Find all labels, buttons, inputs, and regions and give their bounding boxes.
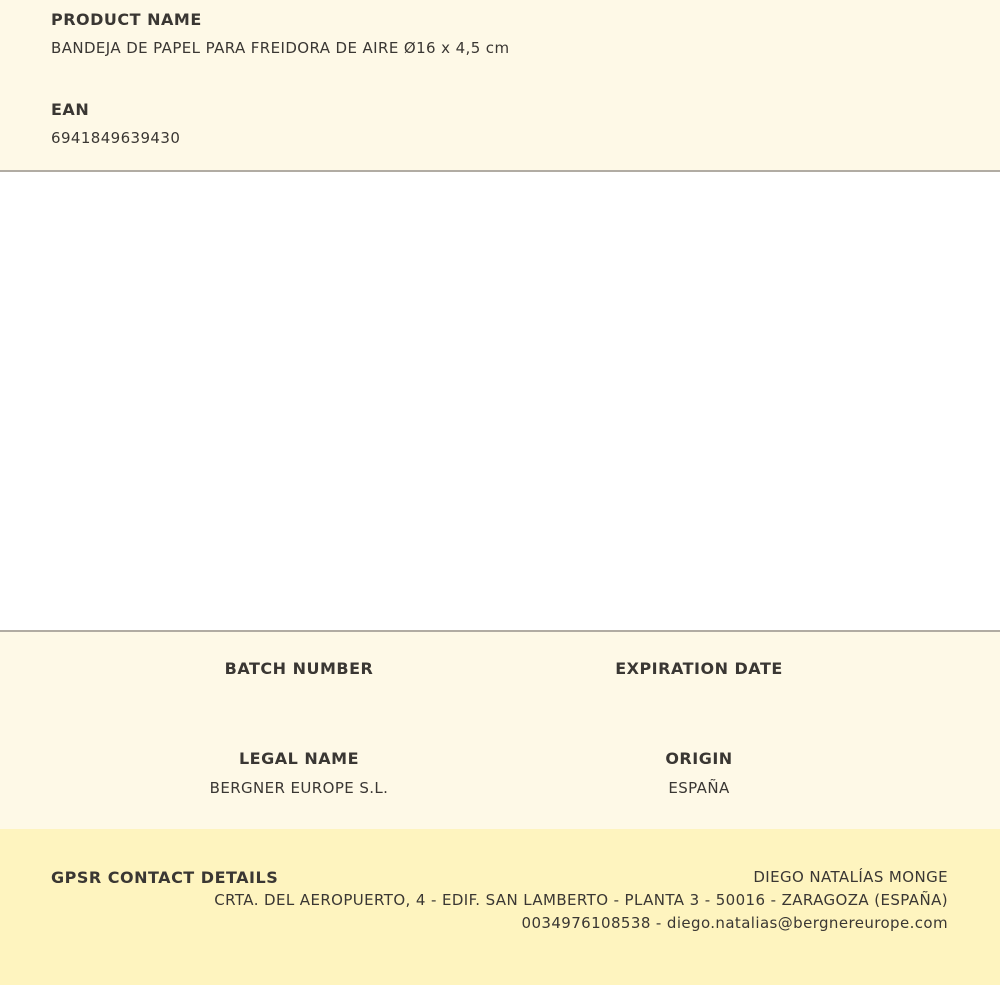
expiration-date-cell: EXPIRATION DATE	[549, 659, 849, 689]
origin-value: ESPAÑA	[549, 779, 849, 797]
legal-name-label: LEGAL NAME	[149, 749, 449, 768]
product-name-label: PRODUCT NAME	[51, 10, 202, 29]
batch-number-cell: BATCH NUMBER	[149, 659, 449, 689]
gpsr-contact-section: GPSR CONTACT DETAILS DIEGO NATALÍAS MONG…	[0, 829, 1000, 985]
product-name-value: BANDEJA DE PAPEL PARA FREIDORA DE AIRE Ø…	[51, 39, 509, 57]
product-details-section: BATCH NUMBER EXPIRATION DATE LEGAL NAME …	[0, 630, 1000, 831]
ean-label: EAN	[51, 100, 89, 119]
product-info-section: PRODUCT NAME BANDEJA DE PAPEL PARA FREID…	[0, 0, 1000, 172]
batch-number-label: BATCH NUMBER	[149, 659, 449, 678]
blank-content-area	[0, 172, 1000, 630]
legal-name-cell: LEGAL NAME BERGNER EUROPE S.L.	[149, 749, 449, 797]
gpsr-contact-lines: DIEGO NATALÍAS MONGE CRTA. DEL AEROPUERT…	[214, 868, 948, 938]
origin-label: ORIGIN	[549, 749, 849, 768]
expiration-date-label: EXPIRATION DATE	[549, 659, 849, 678]
origin-cell: ORIGIN ESPAÑA	[549, 749, 849, 797]
legal-name-value: BERGNER EUROPE S.L.	[149, 779, 449, 797]
ean-value: 6941849639430	[51, 129, 180, 147]
